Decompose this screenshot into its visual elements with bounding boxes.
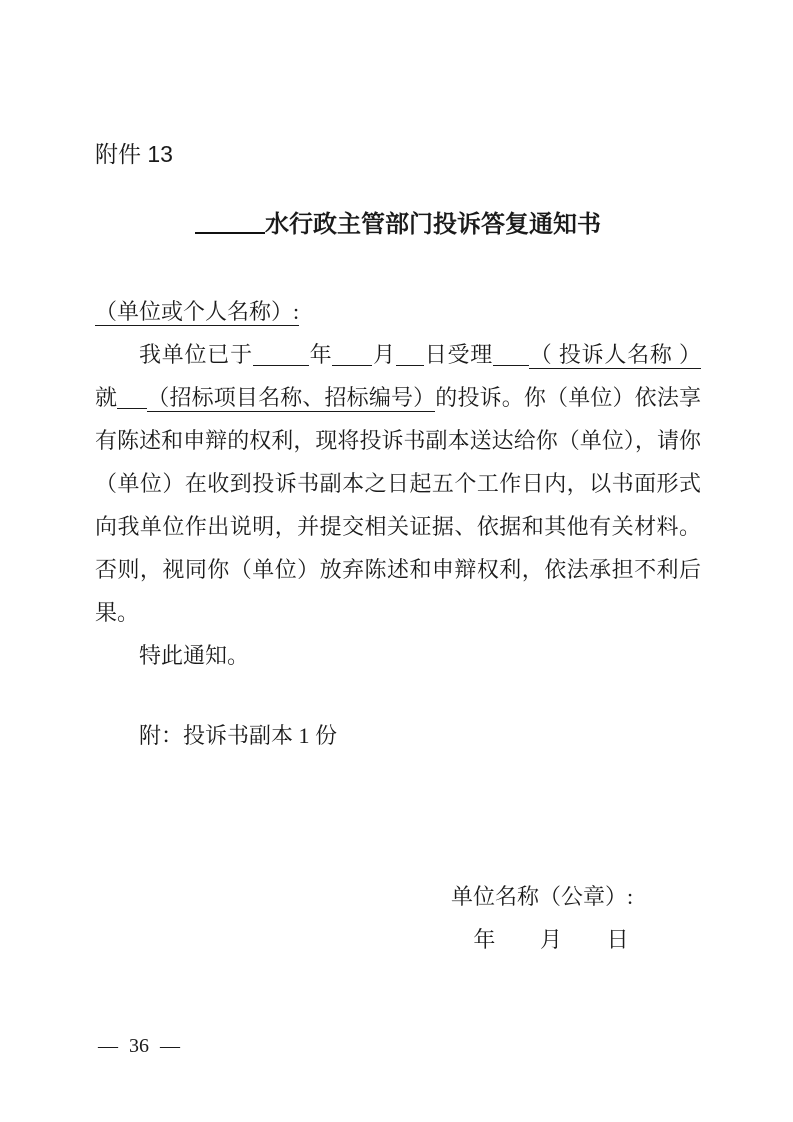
para-text-segment: 日受理 bbox=[424, 342, 493, 367]
fill-in-blank-date-month bbox=[332, 339, 372, 366]
month-label: 月 bbox=[540, 918, 562, 961]
salutation-label: （单位或个人名称）: bbox=[95, 299, 299, 326]
document-content: 附件 13 水行政主管部门投诉答复通知书 （单位或个人名称）: 我单位已于年月日… bbox=[95, 140, 701, 961]
document-page: 附件 13 水行政主管部门投诉答复通知书 （单位或个人名称）: 我单位已于年月日… bbox=[0, 0, 793, 1122]
fill-in-blank-date-day bbox=[396, 339, 424, 366]
day-label: 日 bbox=[607, 918, 629, 961]
complainant-name-field-label: （ 投诉人名称 ） bbox=[529, 342, 701, 369]
attachment-label: 附件 13 bbox=[95, 140, 701, 168]
signature-block: 单位名称（公章）: 年 月 日 bbox=[451, 875, 651, 961]
para-text-segment: 年 bbox=[309, 342, 333, 367]
para-text-segment: 月 bbox=[372, 342, 396, 367]
title-fill-in-blank bbox=[195, 204, 265, 234]
salutation-line: （单位或个人名称）: bbox=[95, 290, 701, 333]
fill-in-blank-project bbox=[117, 382, 147, 409]
para-text-segment: 的投诉。你（单位）依法享有陈述和申辩的权利，现将投诉书副本送达给你（单位），请你… bbox=[95, 385, 701, 625]
fill-in-blank-complainant bbox=[493, 339, 529, 366]
fill-in-blank-date-year bbox=[253, 339, 309, 366]
body-paragraph: 我单位已于年月日受理（ 投诉人名称 ）就（招标项目名称、招标编号）的投诉。你（单… bbox=[95, 333, 701, 634]
document-title-line: 水行政主管部门投诉答复通知书 bbox=[95, 204, 701, 242]
year-label: 年 bbox=[473, 918, 495, 961]
document-title: 水行政主管部门投诉答复通知书 bbox=[265, 211, 601, 238]
project-name-field-label: （招标项目名称、招标编号） bbox=[147, 385, 435, 412]
unit-seal-label: 单位名称（公章）: bbox=[451, 875, 651, 918]
attachment-note: 附：投诉书副本 1 份 bbox=[95, 714, 701, 757]
signature-date-line: 年 月 日 bbox=[451, 918, 651, 961]
page-number: — 36 — bbox=[98, 1032, 180, 1060]
para-text-segment: 我单位已于 bbox=[139, 342, 253, 367]
para-text-segment: 就 bbox=[95, 385, 117, 410]
closing-line: 特此通知。 bbox=[95, 634, 701, 677]
